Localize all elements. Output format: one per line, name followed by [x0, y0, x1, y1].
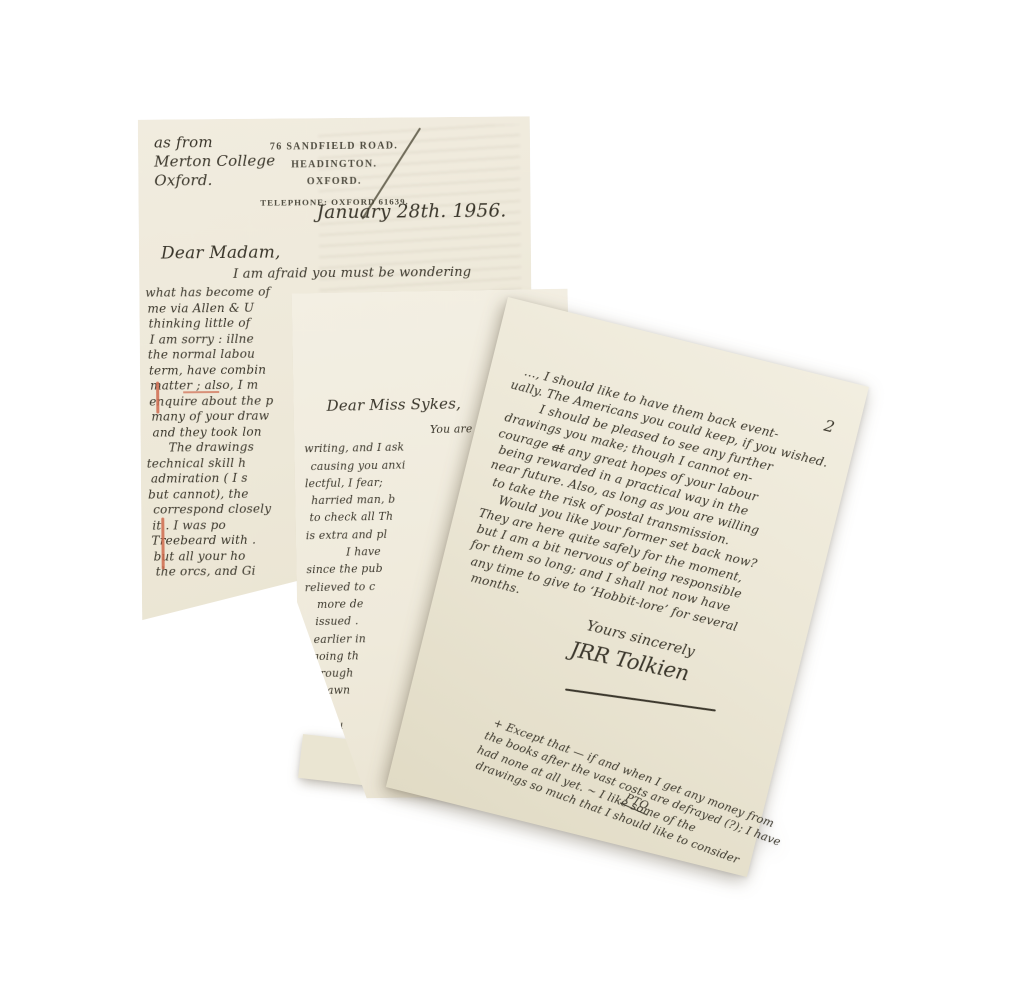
letter-line: I am afraid you must be wondering: [233, 265, 471, 282]
letter-line: The drawings: [147, 439, 317, 456]
salutation: Dear Miss Sykes,: [326, 395, 461, 415]
letter-line: correspond closely: [153, 501, 317, 518]
page-number: 2: [822, 416, 837, 437]
letter-line: the normal labou: [148, 346, 316, 363]
letter-line: Treebeard with .: [151, 532, 317, 549]
letter-line: but all your ho: [154, 548, 318, 565]
letter-line: enquire about the p: [149, 393, 316, 410]
letter-line: and they took lon: [152, 424, 316, 441]
letter-line: the orcs, and Gi: [156, 563, 318, 580]
signature-flourish: [565, 688, 716, 711]
letter-line: what has become of: [145, 284, 315, 301]
letter-line: technical skill h: [147, 455, 317, 472]
letter-body: …, I should like to have them back event…: [461, 361, 846, 666]
letter-line: I am sorry : illne: [150, 331, 316, 348]
letter-line: many of your draw: [151, 408, 316, 425]
letter-date: January 28th. 1956.: [317, 201, 507, 224]
photograph-of-letters: as from Merton College Oxford. 76 SANDFI…: [0, 0, 1024, 986]
letter-line: it . I was po: [152, 517, 317, 534]
red-margin-mark: [156, 382, 159, 414]
letter-line: me via Allen & U: [147, 300, 315, 317]
red-underline-mark: [183, 391, 219, 393]
letter-line: thinking little of: [149, 315, 316, 332]
letter-line: matter ; also, I m: [150, 377, 316, 394]
letter-line: admiration ( I s: [151, 470, 317, 487]
letterhead-line: OXFORD.: [224, 172, 444, 191]
red-margin-mark: [161, 518, 164, 570]
letter-body: what has become of me via Allen & U thin…: [145, 284, 318, 580]
letterhead-line: HEADINGTON.: [224, 155, 444, 174]
letter-line: term, have combin: [149, 362, 316, 379]
salutation: Dear Madam,: [161, 242, 281, 263]
letter-line: but cannot), the: [148, 486, 317, 503]
